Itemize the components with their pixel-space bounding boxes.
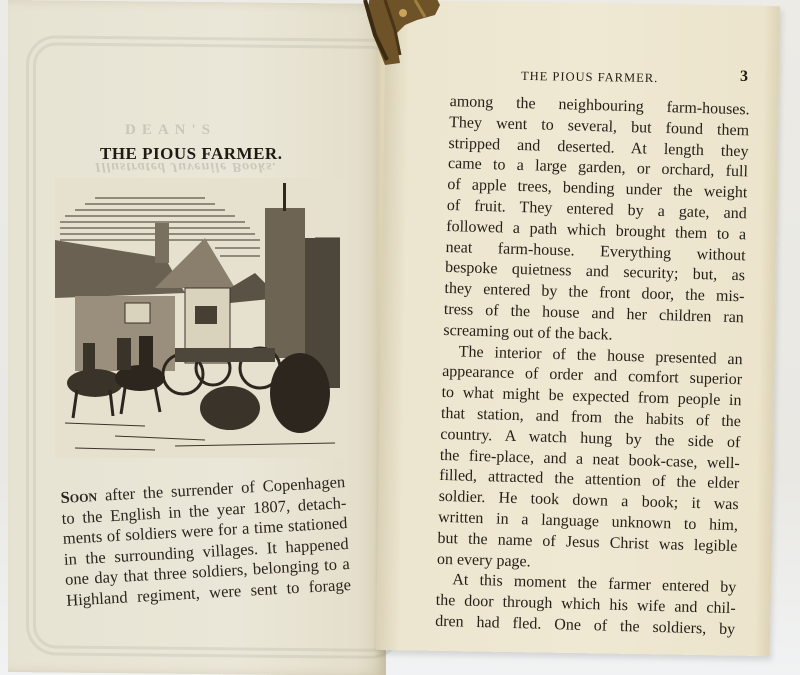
right-page-body-text: among the neighbouring farm-houses. They… (435, 92, 750, 641)
engraving-illustration (55, 178, 345, 458)
page-number: 3 (740, 68, 748, 86)
running-head: THE PIOUS FARMER. (521, 69, 658, 86)
open-book: DEAN'S Illustrated Juvenile Books. THE P… (0, 0, 800, 675)
bronze-hand-bookmark-icon (345, 0, 445, 70)
show-through-publisher: DEAN'S (125, 122, 216, 139)
chapter-title: THE PIOUS FARMER. (100, 144, 282, 164)
left-page-body-text: Soon after the surrender of Copenhagen t… (60, 472, 351, 611)
